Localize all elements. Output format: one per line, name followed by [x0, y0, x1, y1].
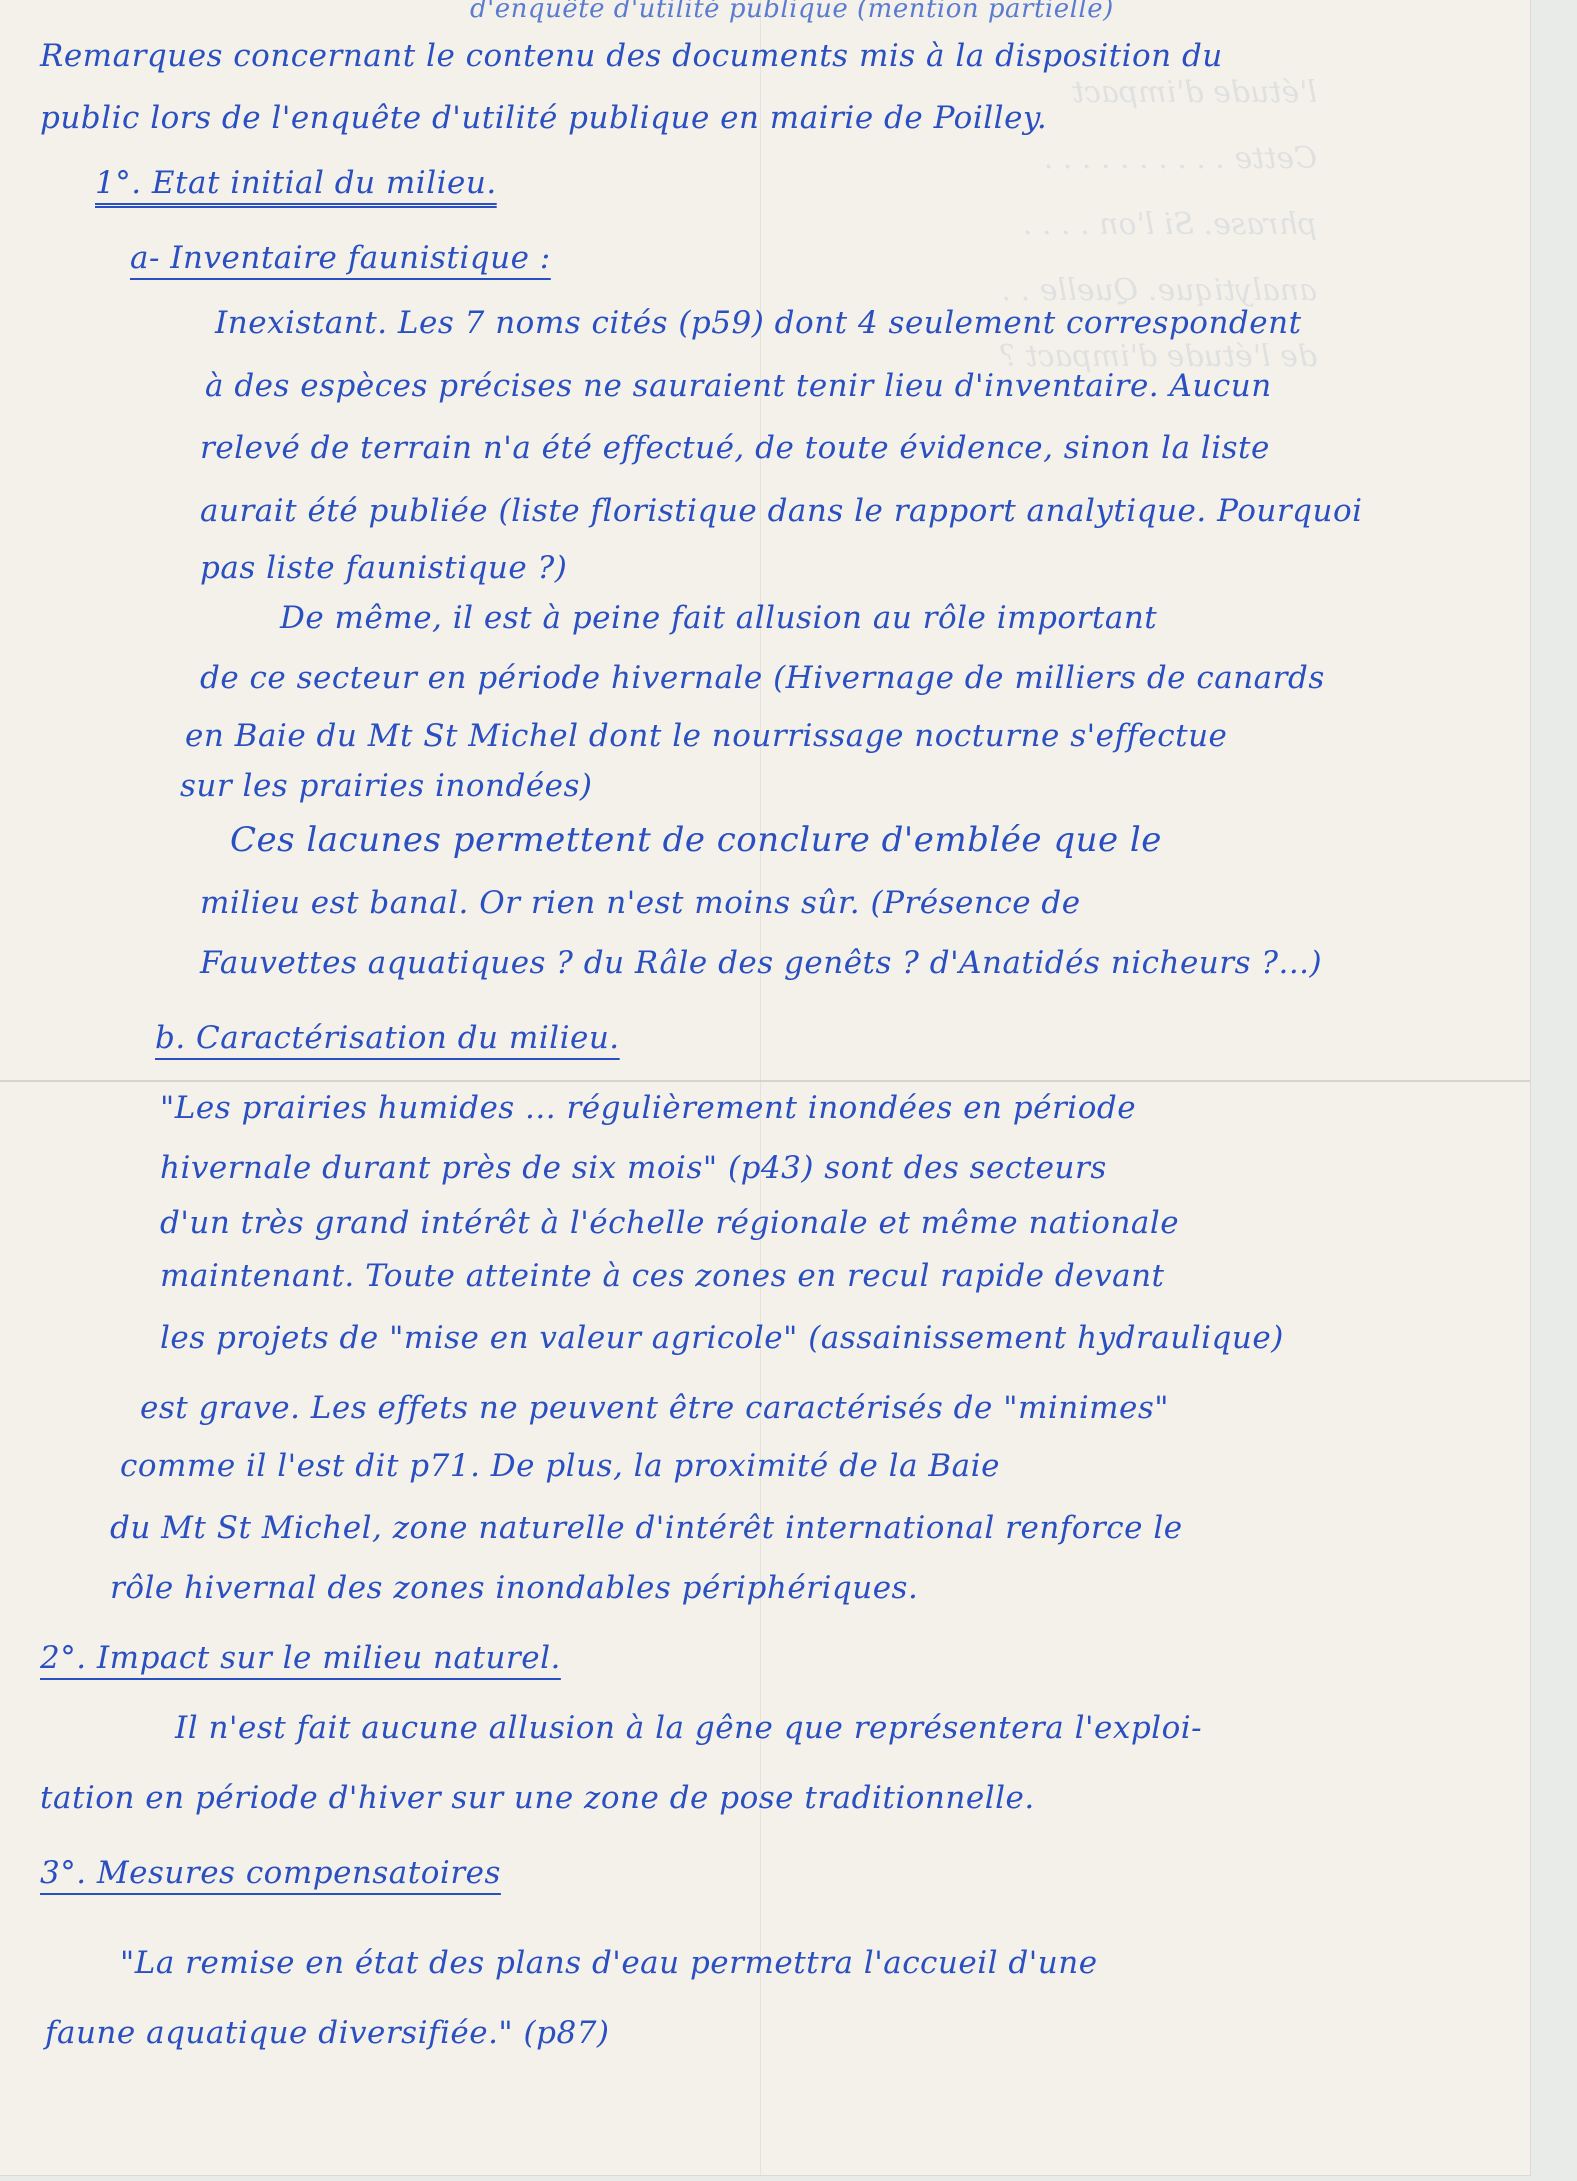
section-2-title: 2°. Impact sur le milieu naturel.: [40, 1640, 561, 1676]
s1a-p1-line-5: pas liste faunistique ?): [200, 550, 567, 586]
s1a-p2-line-4: sur les prairies inondées): [180, 768, 593, 804]
s1a-p3-line-2: milieu est banal. Or rien n'est moins sû…: [200, 885, 1081, 921]
section-3-title: 3°. Mesures compensatoires: [40, 1855, 501, 1891]
s1a-p1-line-4: aurait été publiée (liste floristique da…: [200, 493, 1363, 529]
s1a-p1-line-2: à des espèces précises ne sauraient teni…: [205, 368, 1272, 404]
s1b-p1-line-4: maintenant. Toute atteinte à ces zones e…: [160, 1258, 1165, 1294]
s1b-p1-line-3: d'un très grand intérêt à l'échelle régi…: [160, 1205, 1179, 1241]
s1a-p3-line-1: Ces lacunes permettent de conclure d'emb…: [230, 820, 1162, 860]
s2-p1-line-1: Il n'est fait aucune allusion à la gêne …: [175, 1710, 1202, 1746]
s1b-p1-line-6: est grave. Les effets ne peuvent être ca…: [140, 1390, 1169, 1426]
s1b-p1-line-2: hivernale durant près de six mois" (p43)…: [160, 1150, 1107, 1186]
intro-line-1: Remarques concernant le contenu des docu…: [40, 38, 1223, 74]
s1b-p1-line-5: les projets de "mise en valeur agricole"…: [160, 1320, 1284, 1356]
s1b-p1-line-7: comme il l'est dit p71. De plus, la prox…: [120, 1448, 1000, 1484]
s3-p1-line-2: faune aquatique diversifiée." (p87): [45, 2015, 610, 2051]
s1a-p2-line-3: en Baie du Mt St Michel dont le nourriss…: [185, 718, 1227, 754]
top-annotation: d'enquête d'utilité publique (mention pa…: [470, 0, 1114, 24]
s1b-p1-line-1: "Les prairies humides ... régulièrement …: [160, 1090, 1136, 1126]
intro-line-2: public lors de l'enquête d'utilité publi…: [40, 100, 1047, 136]
s1a-p3-line-3: Fauvettes aquatiques ? du Râle des genêt…: [200, 945, 1322, 981]
paper-sheet: l'étude d'impact Cette . . . . . . . . .…: [0, 0, 1531, 2176]
s2-p1-line-2: tation en période d'hiver sur une zone d…: [40, 1780, 1035, 1816]
s1a-p2-line-2: de ce secteur en période hivernale (Hive…: [200, 660, 1325, 696]
s3-p1-line-1: "La remise en état des plans d'eau perme…: [120, 1945, 1098, 1981]
section-1-title: 1°. Etat initial du milieu.: [95, 165, 497, 201]
section-1a-title: a- Inventaire faunistique :: [130, 240, 551, 276]
s1b-p1-line-8: du Mt St Michel, zone naturelle d'intérê…: [110, 1510, 1183, 1546]
s1a-p1-line-1: Inexistant. Les 7 noms cités (p59) dont …: [215, 305, 1302, 341]
fold-crease-horizontal: [0, 1080, 1530, 1082]
s1a-p1-line-3: relevé de terrain n'a été effectué, de t…: [200, 430, 1270, 466]
s1a-p2-line-1: De même, il est à peine fait allusion au…: [280, 600, 1157, 636]
section-1b-title: b. Caractérisation du milieu.: [155, 1020, 620, 1056]
s1b-p1-line-9: rôle hivernal des zones inondables périp…: [110, 1570, 918, 1606]
